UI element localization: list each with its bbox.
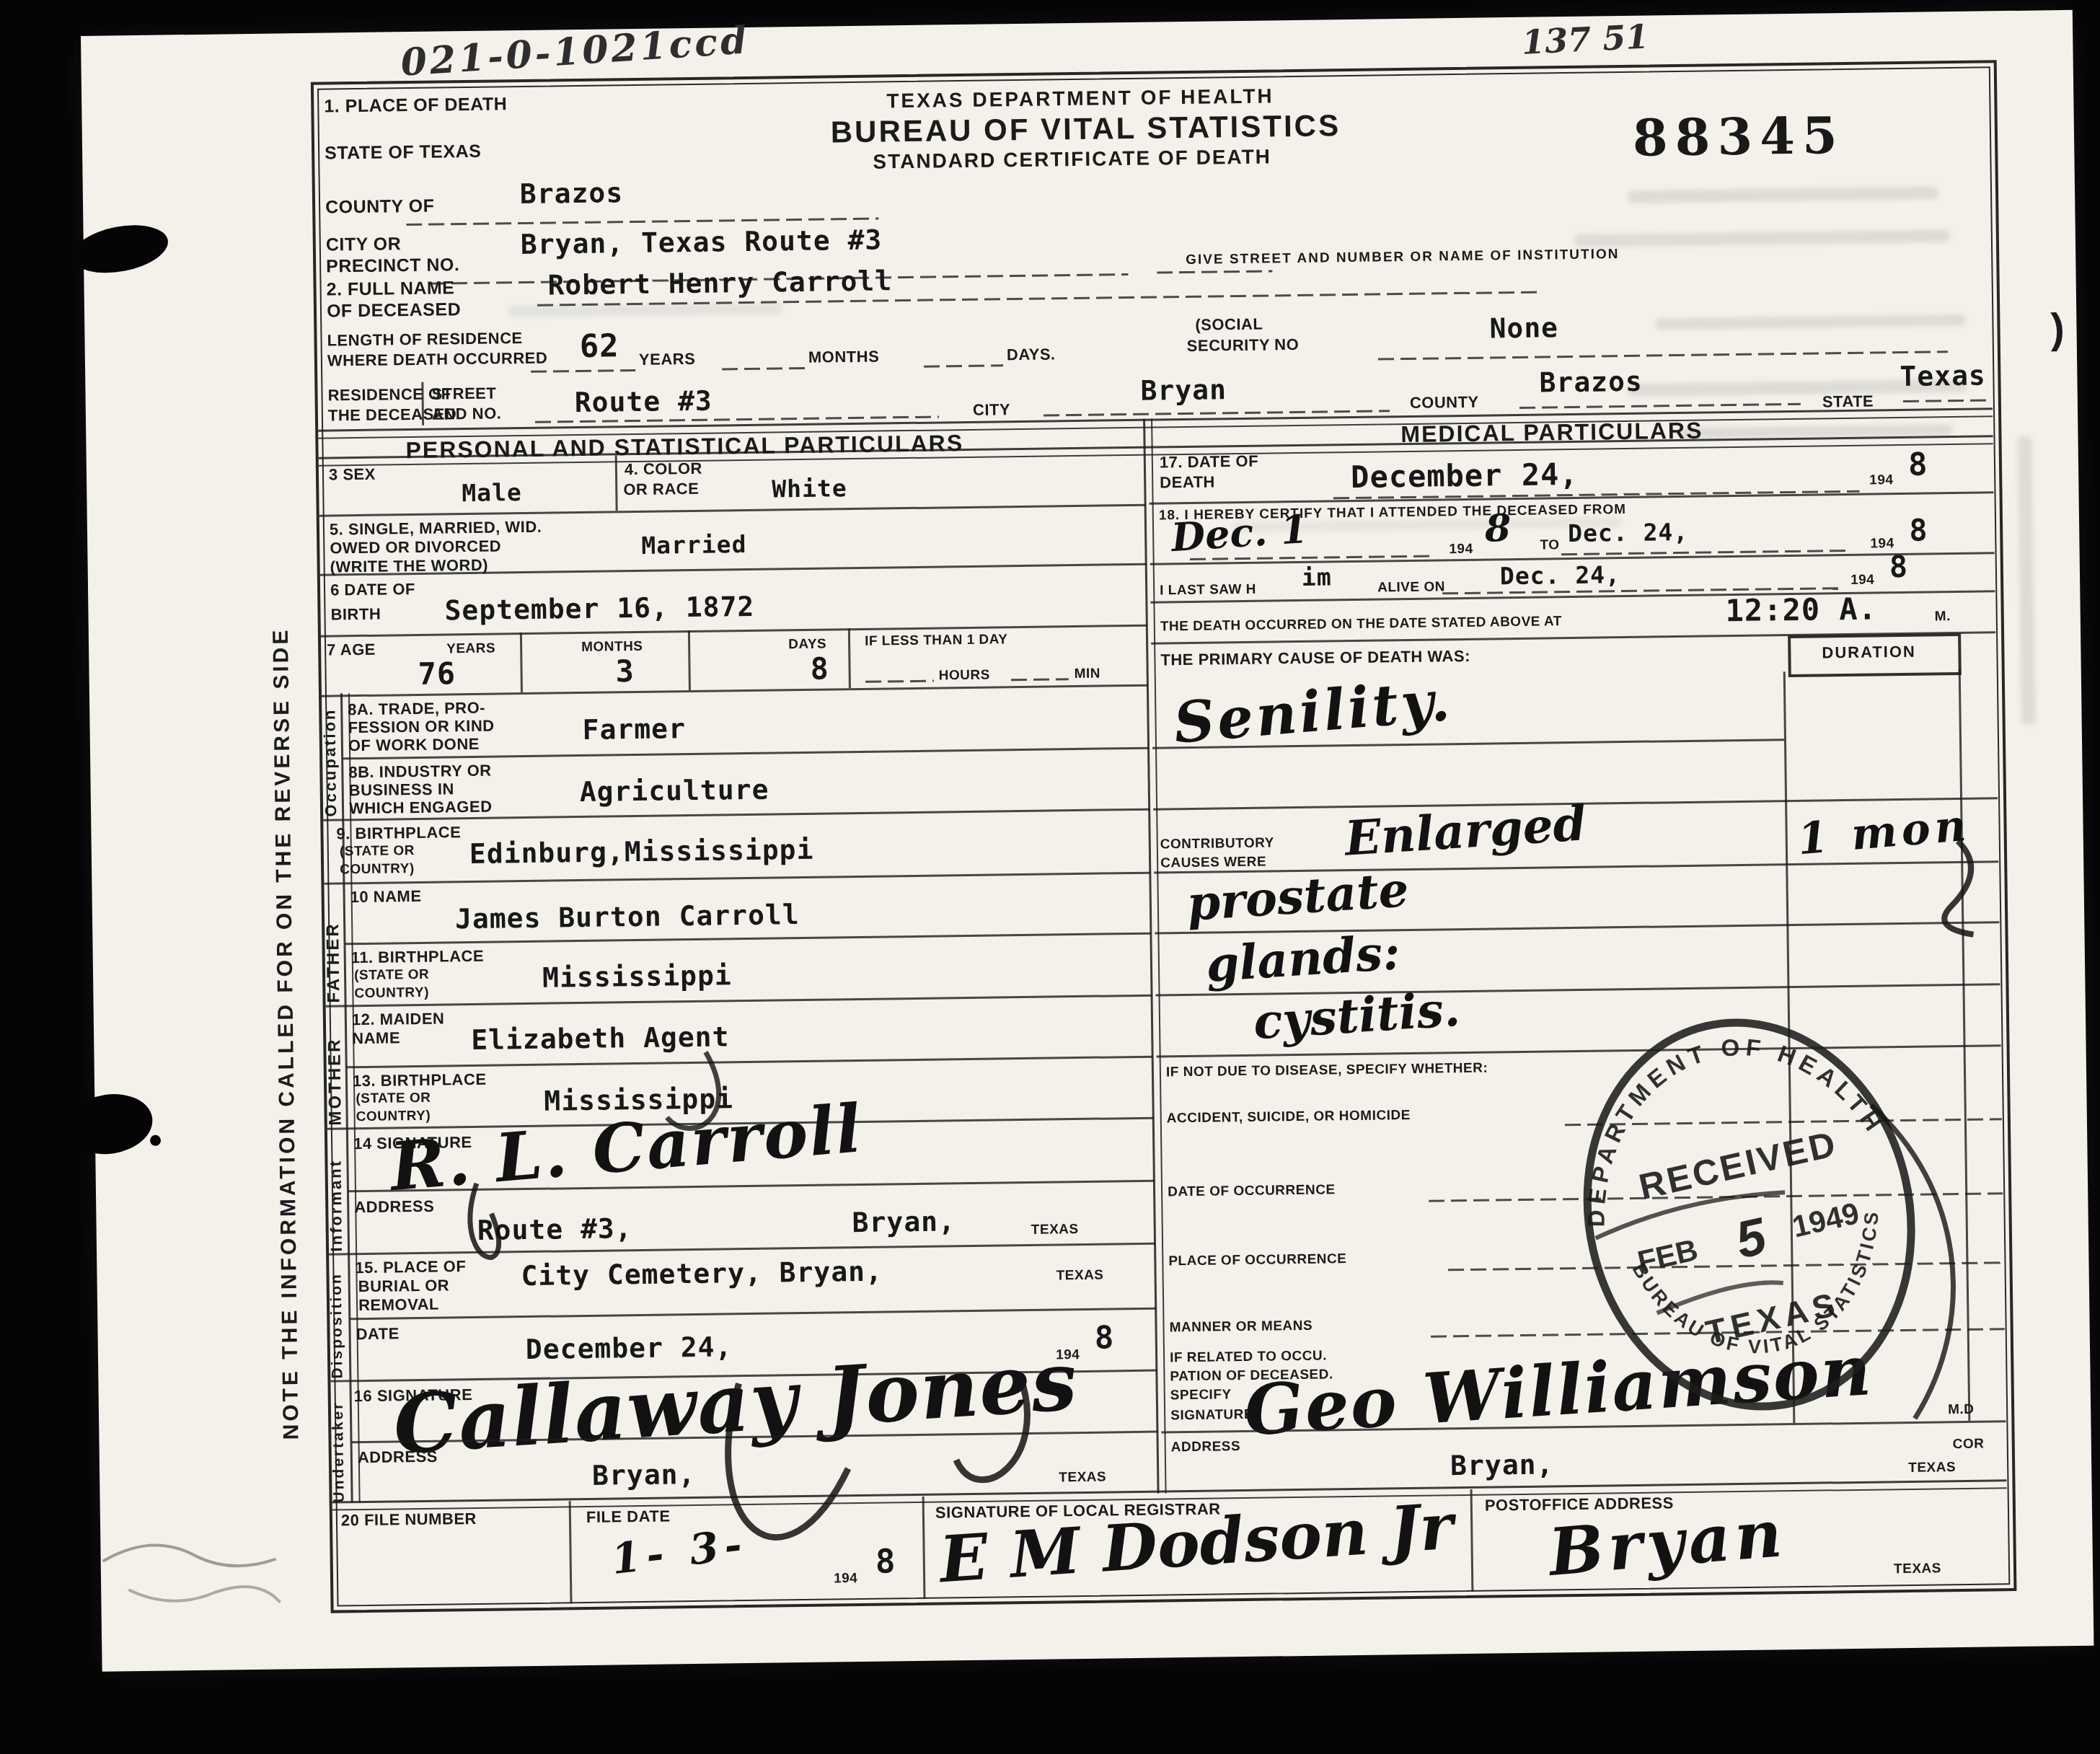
pen-flourishes <box>0 0 2100 1754</box>
certificate-paper: 021-0-1021ccd 137 51 1. PLACE OF DEATH S… <box>81 10 2094 1672</box>
scanned-death-certificate: 021-0-1021ccd 137 51 1. PLACE OF DEATH S… <box>0 0 2100 1754</box>
